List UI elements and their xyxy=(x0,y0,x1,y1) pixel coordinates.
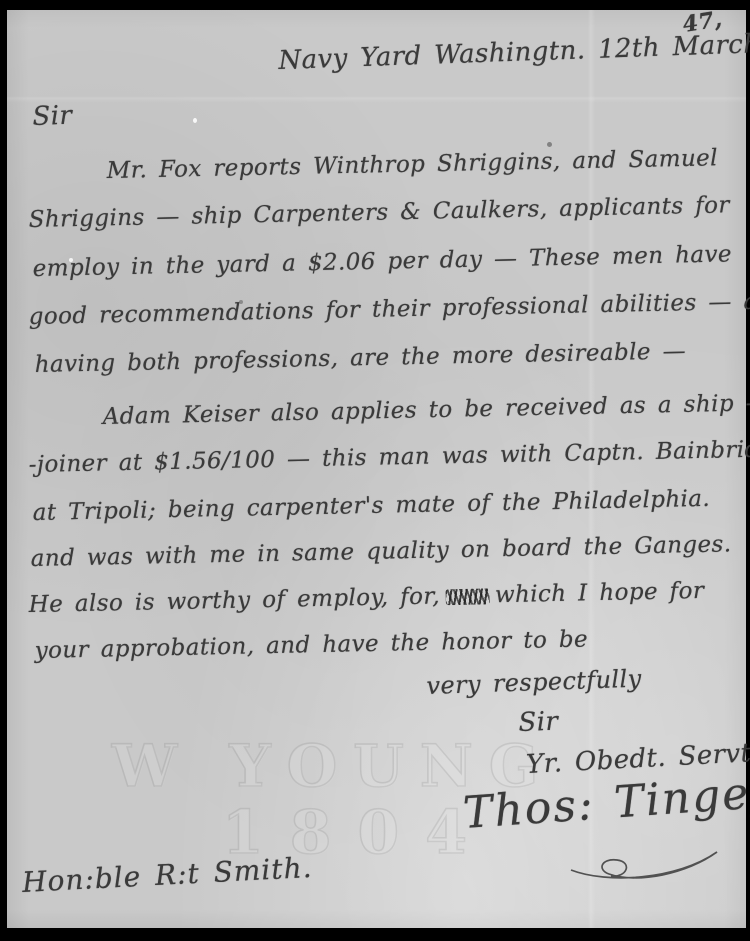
letter-line: Shriggins — ship Carpenters & Caulkers, … xyxy=(28,192,730,233)
letter-line: -joiner at $1.56/100 — this man was with… xyxy=(28,436,750,478)
letter-line: He also is worthy of employ, for,which I… xyxy=(28,578,704,618)
salutation: Sir xyxy=(32,101,73,132)
paper-speck xyxy=(193,118,197,123)
letter-line: good recommendations for their professio… xyxy=(28,288,750,330)
letter-line: at Tripoli; being carpenter's mate of th… xyxy=(32,486,710,526)
letter-line: your approbation, and have the honor to … xyxy=(34,626,588,664)
paper-speck xyxy=(547,142,552,147)
letter-line: and was with me in same quality on board… xyxy=(30,531,731,572)
closing-respectfully: very respectfully xyxy=(426,665,642,700)
letter-line-text: which I hope for xyxy=(495,578,705,608)
letter-line: employ in the yard a $2.06 per day — The… xyxy=(32,241,732,282)
crossed-out-word xyxy=(446,588,490,605)
signature-flourish xyxy=(567,840,727,886)
dateline: Navy Yard Washingtn. 12th March 1806 xyxy=(278,26,750,76)
closing-sir: Sir xyxy=(518,707,559,738)
addressee: Hon:ble R:t Smith. xyxy=(21,851,313,899)
paper: W YOUNG 1804 47, Navy Yard Washingtn. 12… xyxy=(7,10,746,928)
document-scan: { "page": { "number": "47,", "colors": {… xyxy=(0,0,750,941)
letter-line: having both professions, are the more de… xyxy=(34,338,686,378)
letter-line: Mr. Fox reports Winthrop Shriggins, and … xyxy=(106,145,718,184)
letter-line-text: He also is worthy of employ, for, xyxy=(28,583,440,618)
letter-line: Adam Keiser also applies to be received … xyxy=(102,390,750,430)
